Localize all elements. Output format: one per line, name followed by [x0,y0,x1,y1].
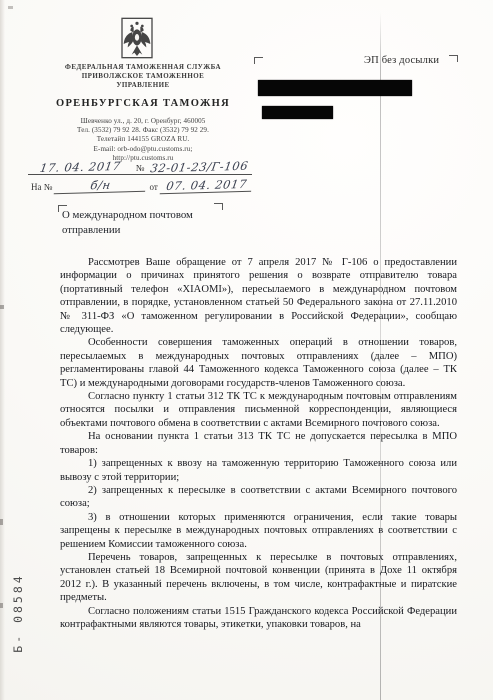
from-label: от [147,182,161,193]
list-item: 1) запрещенных к ввозу на таможенную тер… [60,457,457,484]
org-line-1: ФЕДЕРАЛЬНАЯ ТАМОЖЕННАЯ СЛУЖБА [32,63,254,72]
outgoing-date-handwritten: 17. 04. 2017 [27,159,134,176]
outgoing-ref-row: 17. 04. 2017 № 32-01-23/Г-106 [28,155,252,175]
incoming-number-handwritten: б/н [54,177,148,194]
paragraph: Согласно положениям статьи 1515 Гражданс… [60,605,457,632]
incoming-ref-row: На № б/н от 07. 04. 2017 [28,176,252,193]
scanned-letter-page: ФЕДЕРАЛЬНАЯ ТАМОЖЕННАЯ СЛУЖБА ПРИВОЛЖСКО… [0,0,493,700]
subject-line-1: О международном почтовом [62,208,230,223]
org-name: ОРЕНБУРГСКАЯ ТАМОЖНЯ [32,98,254,109]
list-item: 2) запрещенных к пересылке в соответстви… [60,484,457,511]
letterhead: ФЕДЕРАЛЬНАЯ ТАМОЖЕННАЯ СЛУЖБА ПРИВОЛЖСКО… [32,63,254,163]
paragraph: Согласно пункту 1 статьи 312 ТК ТС к меж… [60,390,457,430]
outgoing-number-handwritten: 32-01-23/Г-106 [146,159,253,176]
address-line: Шевченко ул., д. 20, г. Оренбург, 460005 [32,117,254,126]
paragraph: На основании пункта 1 статьи 313 ТК ТС н… [60,430,457,457]
org-line-3: УПРАВЛЕНИЕ [32,81,254,90]
scan-artifact [0,305,4,309]
redaction-bar [258,80,412,96]
redaction-bar [262,106,333,119]
paragraph: Рассмотрев Ваше обращение от 7 апреля 20… [60,256,457,336]
scan-artifact [8,6,13,9]
reply-to-label: На № [28,182,55,193]
subject-block: О международном почтовом отправлении [62,208,230,237]
registration-number-stamp: Б- 08584 [11,549,25,677]
list-item: 3) в отношении которых применяются огран… [60,511,457,551]
org-line-2: ПРИВОЛЖСКОЕ ТАМОЖЕННОЕ [32,72,254,81]
incoming-date-handwritten: 07. 04. 2017 [160,177,254,194]
electronic-signature-note: ЭП без досылки [364,55,439,66]
address-line: Телетайп 144155 GROZA RU. [32,135,254,144]
paragraph: Особенности совершения таможенных операц… [60,336,457,390]
subject-line-2: отправлении [62,223,230,238]
coat-of-arms-icon [121,16,153,60]
paragraph: Перечень товаров, запрещенных к пересылк… [60,551,457,605]
scan-artifact [0,603,3,608]
address-line: Тел. (3532) 79 92 28. Факс (3532) 79 92 … [32,126,254,135]
letter-body: Рассмотрев Ваше обращение от 7 апреля 20… [60,256,457,631]
address-line: E-mail: orb-odo@ptu.customs.ru; [32,145,254,154]
addressee-corner-mark-left [254,57,263,64]
addressee-corner-mark-right [449,55,458,62]
scan-artifact [0,519,3,525]
